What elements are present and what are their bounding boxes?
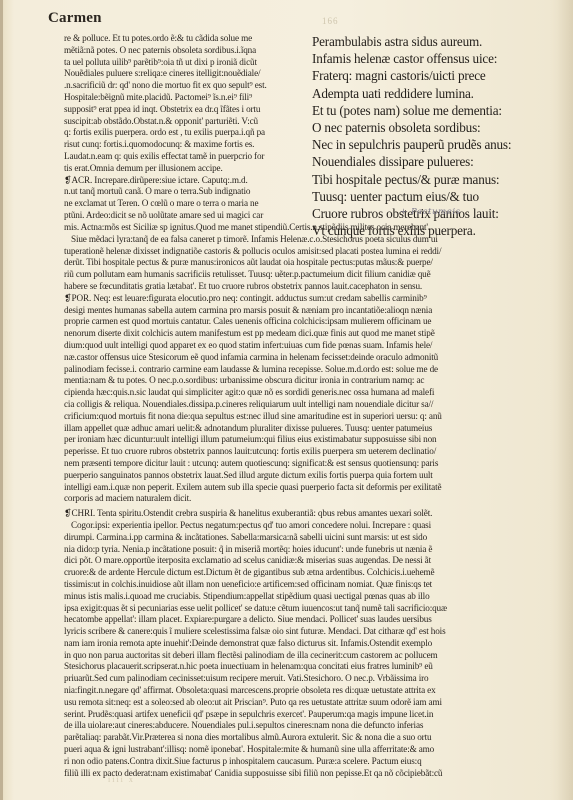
commentary-line: de illa uiolare:aut cineres:abducere. No… [64,720,558,732]
handwritten-marginal-annotation: + Pactumeis [400,207,461,217]
commentary-line: nam iam ironia remota apte inuehit':Dein… [64,638,558,650]
verse-line: Et tu (potes nam) solue me dementia: [312,102,552,119]
running-head: Carmen [48,10,102,27]
commentary-line: crificium:quod mortuis fit nona die:qua … [64,411,558,423]
commentary-line: ❡CHRI. Tenta spiritu.Ostendit crebra sus… [64,508,558,520]
commentary-line: habere se fœcunditatis gratia lætabat'. … [64,281,558,293]
verse-line: Tibi hospitale pectus/& puræ manus: [312,171,552,188]
commentary-line: mentia:nam & tu potes. O nec.p.o.sordibu… [64,375,558,387]
commentary-line: priuarũt.Sed cum palinodiam cecinisset:u… [64,673,558,685]
commentary-line: puerperio sanguinatos pannos obstetrix l… [64,470,558,482]
commentary-line: cipienda hæc:quis.n.sic laudat qui simpl… [64,387,558,399]
page-right-shadow [557,0,573,800]
commentary-line: dium:quod uult intelligi quod apparet ex… [64,340,558,352]
commentary-line: Siue mẽdaci lyra:tanq̃ de ea falsa caner… [64,234,565,246]
commentary-line: Nouẽdiales puluere s:reliqa:e cineres it… [64,68,290,80]
verse-line: Tuusq: uenter pactum eius/& tuo [312,188,552,205]
commentary-line: lyricis scribere & canere:quis ĩ muliere… [64,626,558,638]
commentary-line: ta uel polluta uilib⁹ parẽtib⁹:oia tñ ut… [64,57,290,69]
commentary-line: ptũni. Ardeo:dicit se nõ uolũtate amare … [64,210,290,222]
commentary-line: dirumpi. Carmina.i.pp carmina & incãtati… [64,532,558,544]
commentary-line: intelligi eam.i.quæ non peperit. Exilem … [64,482,558,494]
commentary-line: risut cunq: fortis.i.quomodocunq: & maxi… [64,139,290,151]
commentary-line: re & polluce. Et tu potes.ordo ẽ:& tu cã… [64,33,290,45]
commentary-line: minus istis malis.i.quoad me cruciabis. … [64,591,558,603]
commentary-line: parẽtaliaq: parabãt.Vir.Præterea si nona… [64,732,558,744]
commentary-line: cia colligis & reliqua. Nouendiales.diss… [64,399,558,411]
commentary-line: n.ut tanq̃ mortuũ canã. O mare o terra.S… [64,186,290,198]
commentary-line: desigi mentes humanas sabella autem carm… [64,305,558,317]
commentary-line: cruore:& de ardente Hercule dictum est.D… [64,567,558,579]
commentary-line: ipsa exigit:quas ẽt si pecuniarias esse … [64,603,558,615]
commentary-line: tuperationẽ helenæ dixisset indignatiõe … [64,246,558,258]
commentary-line: Stesichorus placauerit.scripserat.n.hic … [64,661,558,673]
commentary-line: nia:fingit.n.negare qd' affirmat. Obsole… [64,685,558,697]
verse-line: Nec in sepulchris pauperũ prudẽs anus: [312,136,552,153]
folio-number: 166 [322,16,339,26]
commentary-line: proprie carmen est quod mortuis cantatur… [64,316,558,328]
commentary-line: nia dido:p tyria. Nenia.p incãtatione po… [64,544,558,556]
verse-line: Fraterq: magni castoris/uicti prece [312,67,552,84]
commentary-line: Cogor.ipsi: experientia ipellor. Pectus … [64,520,565,532]
commentary-line: per ironiam hæc dicuntur:uult intelligi … [64,434,558,446]
commentary-line: tis erat.Omnia demum per illusionem acci… [64,163,290,175]
page-gutter-edge [0,0,3,800]
commentary-line: q: fortis exilis puerpera. ordo est , tu… [64,127,290,139]
commentary-line: nenorum diserte dixit colchicis autem ma… [64,328,558,340]
commentary-line: derũt. Tibi hospitale pectus & puræ manu… [64,257,558,269]
commentary-line: næ.castor offensus uice Stesicorum eẽ qu… [64,352,558,364]
commentary-line: riũ cum pollutam eam humanis sacrificiis… [64,269,558,281]
commentary-line: ❡ACR. Increpare.dirũpere:siue ictare. Ca… [64,175,290,187]
commentary-top-column: re & polluce. Et tu potes.ordo ẽ:& tu cã… [64,33,290,222]
commentary-line: dici põt. O mare.opportũe iterposita exc… [64,555,558,567]
commentary-line: Laudat.n.eam q: quis exilis effectat tam… [64,151,290,163]
commentary-main-block: mis. Actna:mõs est Siciliæ sp ignitus.Qu… [64,222,558,779]
commentary-line: tissimis:ut in colchis.inuidiose aũt ill… [64,579,558,591]
commentary-line: mẽtiã:nã potes. O nec paternis obsoleta … [64,45,290,57]
commentary-line: serint. Prudẽs:quasi artifex ueneficii q… [64,709,558,721]
commentary-line: corporis ad maciem naturalem dicit. [64,493,558,505]
verse-line: Perambulabis astra sidus aureum. [312,33,552,50]
commentary-line: palinodiam fecisse.i. contrario carmine … [64,364,558,376]
commentary-line: ❡POR. Neq: est leuare:figurata elocutio.… [64,293,558,305]
commentary-line: ne exclamat ut Teren. O cœlũ o mare o te… [64,198,290,210]
verse-line: Adempta uati reddidere lumina. [312,85,552,102]
commentary-line: in quo non parua auctoritas sit deberi i… [64,650,558,662]
commentary-line: suscipit:ab obstãdo.Obstat.n.& opponit' … [64,116,290,128]
commentary-line: pueri aqua & igni lustrabant':illisq: no… [64,744,558,756]
commentary-line: Hospitale:bẽignũ mite.placidũ. Pactomei⁹… [64,92,290,104]
show-through-text: iiii x [108,775,135,784]
commentary-line: nem præsenti tempore dicitur lauit : utc… [64,458,558,470]
commentary-line: usu remota sit:neq: est a soleo:sed ab o… [64,697,558,709]
commentary-line: mis. Actna:mõs est Siciliæ sp ignitus.Qu… [64,222,558,234]
verse-line: O nec paternis obsoleta sordibus: [312,119,552,136]
verse-line: Nouendiales dissipare pulueres: [312,153,552,170]
commentary-line: peperisse. Et tuo cruore rubros obstetri… [64,446,558,458]
commentary-line: supposit⁹ erat ppea id inqt. Obstetrix e… [64,104,290,116]
commentary-line: hecatombe appellat': illam placet. Expia… [64,614,558,626]
commentary-line: .n.sacrificiũ dr: qd' nono die mortuo fi… [64,80,290,92]
commentary-line: ri non odio patens.Contra dixit.Siue fac… [64,756,558,768]
verse-line: Infamis helenæ castor offensus uice: [312,50,552,67]
commentary-line: illam appellet quæ adhuc amari uelit:& a… [64,423,558,435]
book-page: Carmen 166 re & polluce. Et tu potes.ord… [0,0,573,800]
commentary-line: filiũ illi ex pacto dederat:nam existima… [64,768,558,780]
